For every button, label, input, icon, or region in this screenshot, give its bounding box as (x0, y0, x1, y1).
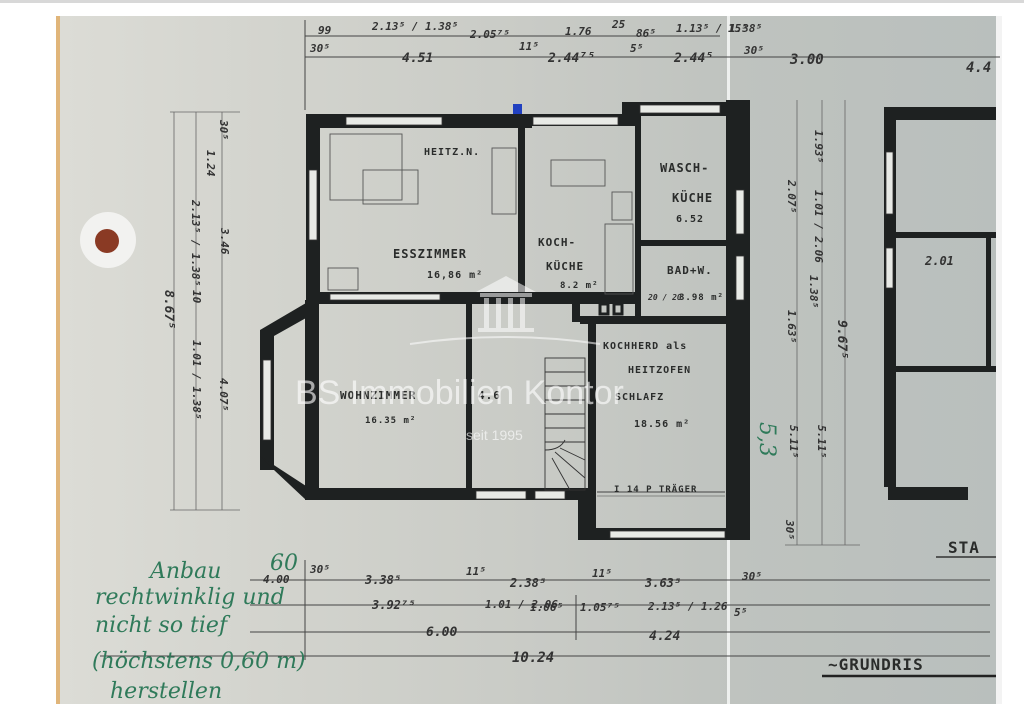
svg-text:1.01 / 1.38⁵: 1.01 / 1.38⁵ (190, 340, 203, 419)
svg-text:4.24: 4.24 (649, 629, 680, 644)
dimension-labels-bottom: 30⁵ 4.00 3.38⁵ 11⁵ 2.38⁵ 11⁵ 3.63⁵ 30⁵ 3… (263, 563, 762, 666)
svg-text:18.56 m²: 18.56 m² (634, 419, 690, 430)
svg-text:8.2 m²: 8.2 m² (560, 281, 599, 291)
plan-titles: STA ~GRUNDRIS (822, 538, 996, 676)
svg-text:seit 1995: seit 1995 (466, 427, 523, 443)
svg-text:16.35 m²: 16.35 m² (365, 416, 416, 426)
svg-text:86⁵: 86⁵ (636, 27, 656, 40)
svg-text:3.98 m²: 3.98 m² (679, 293, 724, 303)
svg-text:2.07⁵: 2.07⁵ (785, 179, 798, 213)
svg-text:4.4: 4.4 (966, 60, 991, 76)
svg-text:~GRUNDRIS: ~GRUNDRIS (828, 655, 924, 674)
svg-text:ESSZIMMER: ESSZIMMER (393, 247, 467, 261)
svg-text:10: 10 (190, 290, 203, 304)
svg-text:8.67⁵: 8.67⁵ (161, 290, 176, 329)
svg-text:6.52: 6.52 (676, 214, 704, 225)
svg-text:KOCHHERD als: KOCHHERD als (603, 341, 687, 352)
svg-text:11⁵: 11⁵ (519, 40, 539, 53)
svg-text:11⁵: 11⁵ (466, 565, 486, 578)
svg-text:1.01 / 2.06: 1.01 / 2.06 (812, 190, 825, 263)
svg-text:Anbau: Anbau (148, 559, 221, 584)
svg-text:STA: STA (948, 538, 980, 557)
walls-right-building (884, 107, 996, 500)
svg-text:11⁵: 11⁵ (592, 567, 612, 580)
svg-text:4.51: 4.51 (402, 51, 433, 66)
svg-text:1.13⁵ / 1.38⁵: 1.13⁵ / 1.38⁵ (676, 22, 762, 35)
svg-text:5.11⁵: 5.11⁵ (787, 425, 800, 458)
dimension-labels-top: 99 2.13⁵ / 1.38⁵ 2.05⁷⁵ 1.76 25 86⁵ 1.13… (309, 18, 991, 76)
svg-text:2.05⁷⁵: 2.05⁷⁵ (469, 28, 510, 41)
svg-text:5,3: 5,3 (754, 422, 779, 457)
handwritten-note: 60 Anbau rechtwinklig und nicht so tief … (92, 422, 779, 704)
svg-text:2.44⁷⁵: 2.44⁷⁵ (547, 51, 595, 66)
svg-text:5⁵: 5⁵ (630, 42, 643, 55)
svg-text:3.46: 3.46 (218, 227, 231, 255)
dimension-labels-right: 2.07⁵ 1.93⁵ 1.01 / 2.06 1.63⁵ 1.38⁵ 9.67… (783, 130, 849, 540)
svg-text:rechtwinklig und: rechtwinklig und (95, 585, 285, 610)
chimney-flues (600, 304, 622, 314)
svg-text:15⁵: 15⁵ (728, 22, 748, 35)
svg-text:5.11⁵: 5.11⁵ (815, 425, 828, 458)
svg-text:HEITZOFEN: HEITZOFEN (628, 365, 691, 376)
svg-text:1.93⁵: 1.93⁵ (812, 130, 825, 163)
svg-text:1.05⁷⁵: 1.05⁷⁵ (580, 601, 620, 614)
svg-text:3.00: 3.00 (789, 52, 824, 68)
svg-text:2.13⁵ / 1.38⁵: 2.13⁵ / 1.38⁵ (371, 20, 458, 33)
svg-text:5⁵: 5⁵ (734, 606, 747, 619)
svg-text:2.44⁵: 2.44⁵ (673, 51, 713, 66)
svg-text:3.38⁵: 3.38⁵ (364, 573, 401, 587)
svg-text:99: 99 (318, 24, 332, 37)
svg-text:(höchstens 0,60 m): (höchstens 0,60 m) (92, 649, 306, 674)
svg-text:1.63⁵: 1.63⁵ (785, 310, 798, 343)
svg-text:2.13⁵ / 1.38⁵: 2.13⁵ / 1.38⁵ (189, 199, 202, 286)
svg-text:30⁵: 30⁵ (309, 42, 330, 55)
svg-text:BS Immobilien Kontor: BS Immobilien Kontor (295, 374, 624, 412)
svg-text:10.24: 10.24 (512, 650, 554, 666)
svg-text:4.07⁵: 4.07⁵ (217, 378, 230, 411)
svg-text:WASCH-: WASCH- (660, 161, 709, 175)
svg-text:I 14 P TRÄGER: I 14 P TRÄGER (614, 484, 697, 495)
svg-text:1.24: 1.24 (204, 150, 217, 177)
room-width-label: 2.01 (924, 254, 954, 268)
svg-text:KÜCHE: KÜCHE (546, 259, 584, 273)
svg-text:2.38⁵: 2.38⁵ (509, 576, 546, 590)
svg-text:20 / 20: 20 / 20 (647, 293, 682, 302)
svg-text:6.00: 6.00 (426, 625, 457, 640)
svg-text:60: 60 (270, 551, 298, 576)
svg-text:KOCH-: KOCH- (538, 236, 576, 249)
svg-text:3.92⁷⁵: 3.92⁷⁵ (371, 598, 415, 612)
svg-text:30⁵: 30⁵ (741, 570, 762, 583)
svg-text:1.38⁵: 1.38⁵ (807, 275, 820, 308)
svg-text:HEITZ.N.: HEITZ.N. (424, 147, 480, 158)
svg-text:30⁵: 30⁵ (309, 563, 330, 576)
svg-text:nicht so tief: nicht so tief (95, 613, 231, 638)
svg-text:25: 25 (611, 18, 626, 31)
svg-text:9.67⁵: 9.67⁵ (834, 320, 849, 359)
svg-text:3.63⁵: 3.63⁵ (644, 576, 681, 590)
svg-text:KÜCHE: KÜCHE (672, 190, 713, 205)
svg-text:1.76: 1.76 (565, 25, 592, 38)
svg-text:BAD+W.: BAD+W. (667, 264, 713, 277)
svg-text:30⁵: 30⁵ (783, 519, 796, 540)
svg-text:30⁵: 30⁵ (743, 44, 764, 57)
svg-text:16,86 m²: 16,86 m² (427, 270, 483, 281)
svg-text:30⁵: 30⁵ (217, 119, 230, 140)
svg-text:1.06⁵: 1.06⁵ (530, 601, 563, 614)
svg-text:herstellen: herstellen (110, 679, 222, 704)
floor-plan-drawing: 99 2.13⁵ / 1.38⁵ 2.05⁷⁵ 1.76 25 86⁵ 1.13… (0, 0, 1024, 724)
svg-text:2.13⁵ / 1.26: 2.13⁵ / 1.26 (647, 600, 728, 613)
